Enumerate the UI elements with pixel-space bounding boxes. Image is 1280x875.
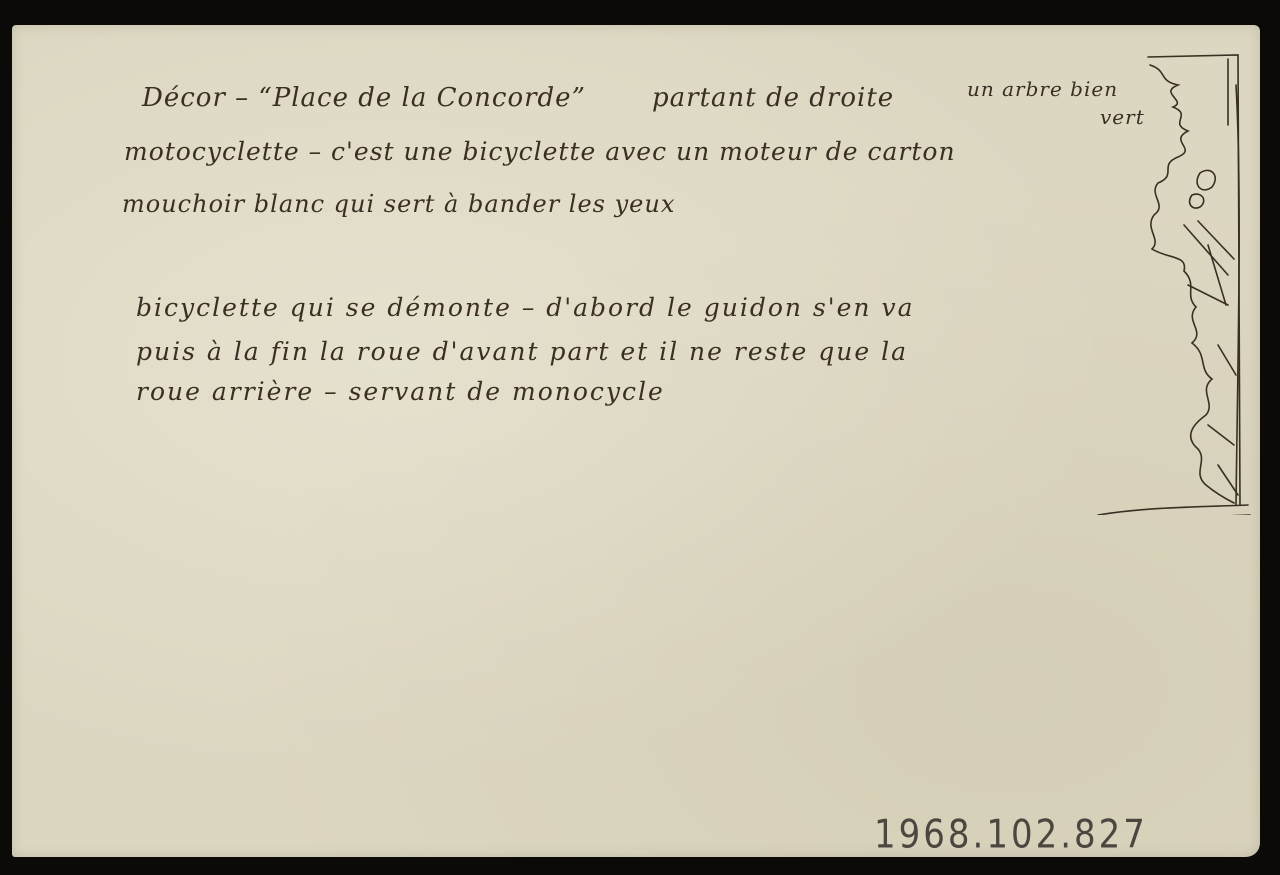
text-line-roue-arriere: roue arrière – servant de monocycle bbox=[136, 377, 665, 406]
text-line-puis: puis à la fin la roue d'avant part et il… bbox=[136, 337, 908, 366]
accession-number: 1968.102.827 bbox=[874, 812, 1148, 858]
tree-sketch-icon bbox=[1088, 45, 1260, 515]
text-line-decor: Décor – “Place de la Concorde” bbox=[142, 83, 586, 113]
text-line-mouchoir: mouchoir blanc qui sert à bander les yeu… bbox=[122, 190, 675, 218]
text-line-bicyclette-demonte: bicyclette qui se démonte – d'abord le g… bbox=[136, 293, 915, 322]
note-card: Décor – “Place de la Concorde” partant d… bbox=[12, 25, 1260, 857]
text-line-partant: partant de droite bbox=[652, 83, 894, 113]
text-line-motocyclette: motocyclette – c'est une bicyclette avec… bbox=[124, 137, 956, 166]
